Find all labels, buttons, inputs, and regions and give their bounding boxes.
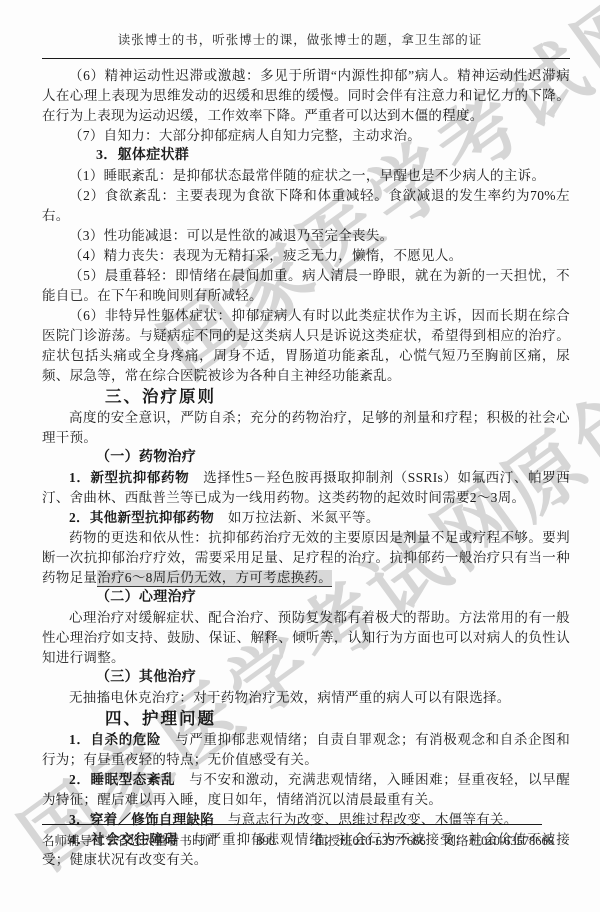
section-heading: （三）其他治疗 [42,668,570,688]
paragraph: 药物的更迭和依从性：抗抑郁药治疗无效的主要原因是剂量不足或疗程不够。要判断一次抗… [42,528,570,588]
highlighted-text: 治疗6～8周后仍无效，方可考虑换药。 [97,570,332,587]
content-area: （6）精神运动性迟滞或激越：多见于所谓“内源性抑郁”病人。精神运动性迟滞病人在心… [42,66,570,870]
paragraph-text: 如万拉法新、米氮平等。 [214,510,380,525]
paragraph-text: 心理治疗对缓解症状、配合治疗、预防复发都有着极大的帮助。方法常用的有一般性心理治… [42,610,570,665]
paragraph: 高度的安全意识，严防自杀；充分的药物治疗，足够的剂量和疗程；积极的社会心理干预。 [42,408,570,448]
footer: 名师辅导可节省您大量看书时间 890 面授班010-63577666 网络班01… [42,831,554,849]
paragraph: （2）食欲紊乱：主要表现为食欲下降和体重减轻。食欲减退的发生率约为70%左右。 [42,186,570,226]
section-heading: （二）心理治疗 [42,588,570,608]
paragraph-text: （3）性功能减退：可以是性欲的减退乃至完全丧失。 [69,228,393,243]
book-page: 国家医学考试网原创 国家医学考试网原创 读张博士的书，听张博士的课，做张博士的题… [0,0,600,912]
paragraph: 3．穿着／修饰自理缺陷 与意志行为改变、思维过程改变、木僵等有关。 [42,810,570,830]
paragraph-text: （6）非特异性躯体症状：抑郁症病人有时以此类症状作为主诉，因而长期在综合医院门诊… [42,308,570,383]
phone-online-class: 网络班010-63578666 [444,831,554,849]
paragraph-text: 高度的安全意识，严防自杀；充分的药物治疗，足够的剂量和疗程；积极的社会心理干预。 [42,410,570,445]
paragraph: （1）睡眠紊乱：是抑郁状态最常伴随的症状之一，早醒也是不少病人的主诉。 [42,166,570,186]
paragraph-text: （4）精力丧失：表现为无精打采，疲乏无力，懒惰，不愿见人。 [69,248,462,263]
paragraph: 2．其他新型抗抑郁药物 如万拉法新、米氮平等。 [42,508,570,528]
paragraph-text: （1）睡眠紊乱：是抑郁状态最常伴随的症状之一，早醒也是不少病人的主诉。 [69,168,545,183]
paragraph: （7）自知力：大部分抑郁症病人自知力完整，主动求治。 [42,126,570,146]
paragraph: （4）精力丧失：表现为无精打采，疲乏无力，懒惰，不愿见人。 [42,246,570,266]
paragraph-text: （7）自知力：大部分抑郁症病人自知力完整，主动求治。 [69,128,421,143]
paragraph: 心理治疗对缓解症状、配合治疗、预防复发都有着极大的帮助。方法常用的有一般性心理治… [42,608,570,668]
paragraph-text: （5）晨重暮轻：即情绪在晨间加重。病人清晨一睁眼，就在为新的一天担忧，不能自已。… [42,268,570,303]
paragraph: （3）性功能减退：可以是性欲的减退乃至完全丧失。 [42,226,570,246]
paragraph: （5）晨重暮轻：即情绪在晨间加重。病人清晨一睁眼，就在为新的一天担忧，不能自已。… [42,266,570,306]
chapter-heading: 三、治疗原则 [42,386,570,408]
paragraph: （6）精神运动性迟滞或激越：多见于所谓“内源性抑郁”病人。精神运动性迟滞病人在心… [42,66,570,126]
paragraph-lead: 1．自杀的危险 [69,732,161,747]
header-rule [42,58,570,59]
section-heading: （一）药物治疗 [42,448,570,468]
paragraph-text: 无抽搐电休克治疗：对于药物治疗无效，病情严重的病人可以有限选择。 [69,690,511,705]
phone-onsite-class: 面授班010-63577666 [315,831,425,849]
paragraph: 2．睡眠型态紊乱 与不安和激动，充满悲观情绪，入睡困难；昼重夜轻，以早醒为特征；… [42,770,570,810]
page-number: 890 [256,834,275,849]
chapter-heading: 四、护理问题 [42,708,570,730]
paragraph-lead: 2．其他新型抗抑郁药物 [69,510,214,525]
paragraph-lead: 1．新型抗抑郁药物 [69,470,189,485]
paragraph: 1．自杀的危险 与严重抑郁悲观情绪；自责自罪观念；有消极观念和自杀企图和行为；有… [42,730,570,770]
paragraph: 无抽搐电休克治疗：对于药物治疗无效，病情严重的病人可以有限选择。 [42,688,570,708]
footer-rule [42,824,542,825]
paragraph-text: （2）食欲紊乱：主要表现为食欲下降和体重减轻。食欲减退的发生率约为70%左右。 [42,188,570,223]
paragraph: 1．新型抗抑郁药物 选择性5－羟色胺再摄取抑制剂（SSRIs）如氟西汀、帕罗西汀… [42,468,570,508]
paragraph-text: （6）精神运动性迟滞或激越：多见于所谓“内源性抑郁”病人。精神运动性迟滞病人在心… [42,68,570,123]
paragraph: （6）非特异性躯体症状：抑郁症病人有时以此类症状作为主诉，因而长期在综合医院门诊… [42,306,570,386]
header-slogan: 读张博士的书，听张博士的课，做张博士的题，拿卫生部的证 [0,30,600,48]
section-heading: 3．躯体症状群 [42,146,570,166]
paragraph-lead: 2．睡眠型态紊乱 [69,772,175,787]
footer-note: 名师辅导可节省您大量看书时间 [42,831,256,849]
